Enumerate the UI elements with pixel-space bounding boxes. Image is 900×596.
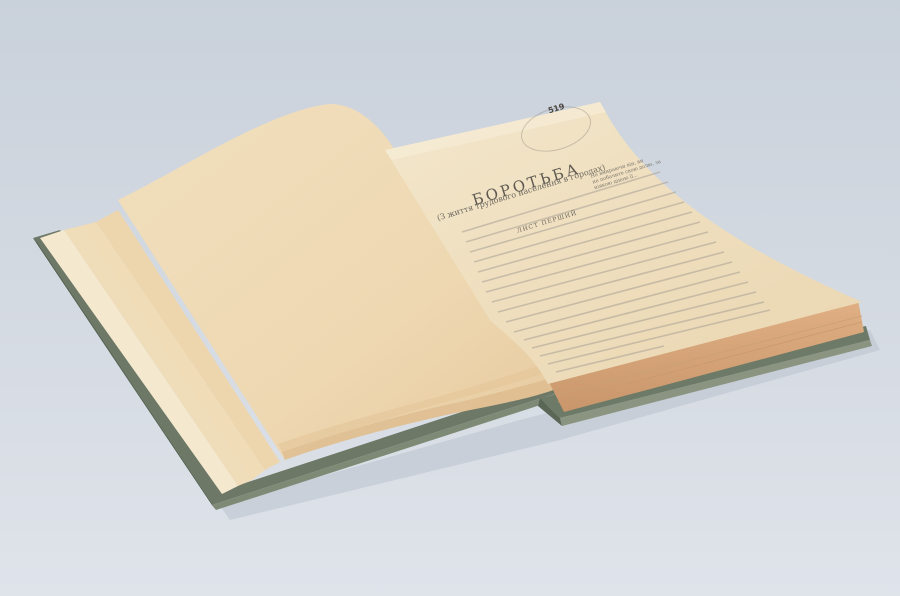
book-illustration: [0, 0, 900, 596]
book-photo: 519 БОРОТЬБА (З життя трудового населенн…: [0, 0, 900, 596]
